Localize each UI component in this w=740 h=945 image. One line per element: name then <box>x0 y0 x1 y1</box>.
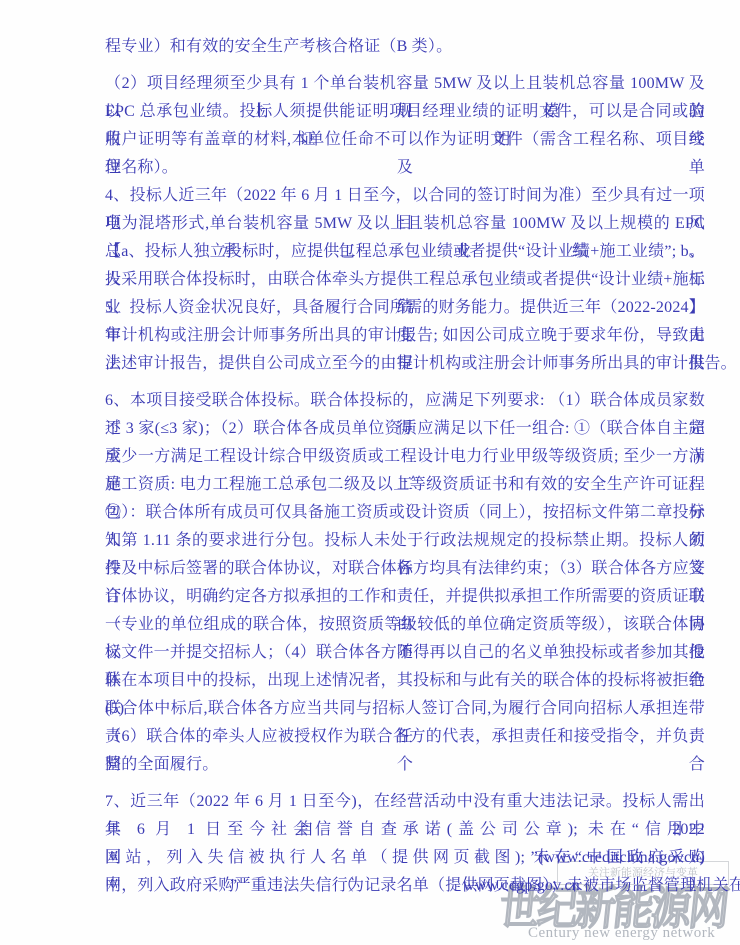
text-line: 过 3 家(≤3 家)；（2）联合体各成员单位资质应满足以下任一组合: ①（联合… <box>105 415 705 443</box>
text-line: 年 6 月 1 日至今社会信誉自查承诺(盖公司公章); 未在“信用中国”(www… <box>105 816 705 844</box>
text-line: 包）：联合体所有成员可仅具备施工资质或设计资质（同上），按招标文件第二章投标人须 <box>105 499 705 527</box>
text-line: 电为混塔形式,单台装机容量 5MW 及以上且装机总容量 100MW 及以上规模的… <box>105 210 705 238</box>
text-line: 至少一方满足工程设计综合甲级资质或工程设计电力行业甲级等级资质; 至少一方满足工… <box>105 443 705 471</box>
text-line: 知第 1.11 条的要求进行分包。投标人未处于行政法规规定的投标禁止期。投标人的… <box>105 527 705 555</box>
text-line: 施工资质: 电力工程施工总承包二级及以上等级资质证书和有效的安全生产许可证。②（… <box>105 471 705 499</box>
text-line: （6）联合体的牵头人应被授权作为联合各方的代表，承担责任和接受指令，并负责整个合 <box>105 723 705 751</box>
text-line: 用户证明等有盖章的材料,本单位任命不可以作为证明文件（需含工程名称、项目经理及单 <box>105 126 705 154</box>
text-line: 审计机构或注册会计师事务所出具的审计报告; 如因公司成立晚于要求年份，导致无法提… <box>105 322 705 350</box>
text-line: 网站，列入失信被执行人名单（提供网页截图); 未在“中国政府采购网”（www.c… <box>105 844 705 872</box>
document-lines: 程专业）和有效的安全生产考核合格证（B 类）。（2）项目经理须至少具有 1 个单… <box>105 33 705 900</box>
text-line: 上述审计报告，提供自公司成立至今的由审计机构或注册会计师事务所出具的审计报告。 <box>105 350 705 378</box>
text-line: 5、投标人资金状况良好，具备履行合同所需的财务能力。提供近三年（2022-202… <box>105 294 705 322</box>
text-line: 人采用联合体投标时，由联合体牵头方提供工程总承包业绩或者提供“设计业绩+施工业绩… <box>105 266 705 294</box>
watermark-brand-english: Century new energy network <box>528 925 715 942</box>
text-line: 4、投标人近三年（2022 年 6 月 1 日至今，以合同的签订时间为准）至少具… <box>105 182 705 210</box>
text-line: EPC 总承包业绩。投标人须提供能证明项目经理业绩的证明文件，可以是合同或验收证… <box>105 98 705 126</box>
text-line: 中，列入政府采购严重违法失信行为记录名单（提供网页截图）；未被市场监督管理机关在 <box>105 872 705 900</box>
text-line: （2）项目经理须至少具有 1 个单台装机容量 5MW 及以上且装机总容量 100… <box>105 70 705 98</box>
text-line: 体在本项目中的投标，出现上述情况者，其投标和与此有关的联合体的投标将被拒绝 (5… <box>105 667 705 695</box>
text-line: 一专业的单位组成的联合体，按照资质等级较低的单位确定资质等级），该联合体协议随投 <box>105 611 705 639</box>
document-text-block: 程专业）和有效的安全生产考核合格证（B 类）。（2）项目经理须至少具有 1 个单… <box>105 33 705 900</box>
text-line: 6、本项目接受联合体投标。联合体投标的，应满足下列要求: （1）联合体成员家数不… <box>105 387 705 415</box>
text-line: 件及中标后签署的联合体协议，对联合体各方均具有法律约束；（3）联合体各方应签订联 <box>105 555 705 583</box>
text-line: 标文件一并提交招标人；（4）联合体各方不得再以自己的名义单独投标或者参加其他联合 <box>105 639 705 667</box>
document-page: 关注新能源经济与变革 世纪新能源网 Century new energy net… <box>0 0 740 945</box>
text-line: 程专业）和有效的安全生产考核合格证（B 类）。 <box>105 33 705 61</box>
text-line: 7、近三年（2022 年 6 月 1 日至今)，在经营活动中没有重大违法记录。投… <box>105 788 705 816</box>
text-line: 联合体中标后,联合体各方应当共同与招标人签订合同,为履行合同向招标人承担连带责任… <box>105 695 705 723</box>
text-line: 【a、投标人独立投标时，应提供工程总承包业绩或者提供“设计业绩+施工业绩”; b… <box>105 238 705 266</box>
text-line: 合体协议，明确约定各方拟承担的工作和责任，并提供拟承担工作所需要的资质证书（由同 <box>105 583 705 611</box>
